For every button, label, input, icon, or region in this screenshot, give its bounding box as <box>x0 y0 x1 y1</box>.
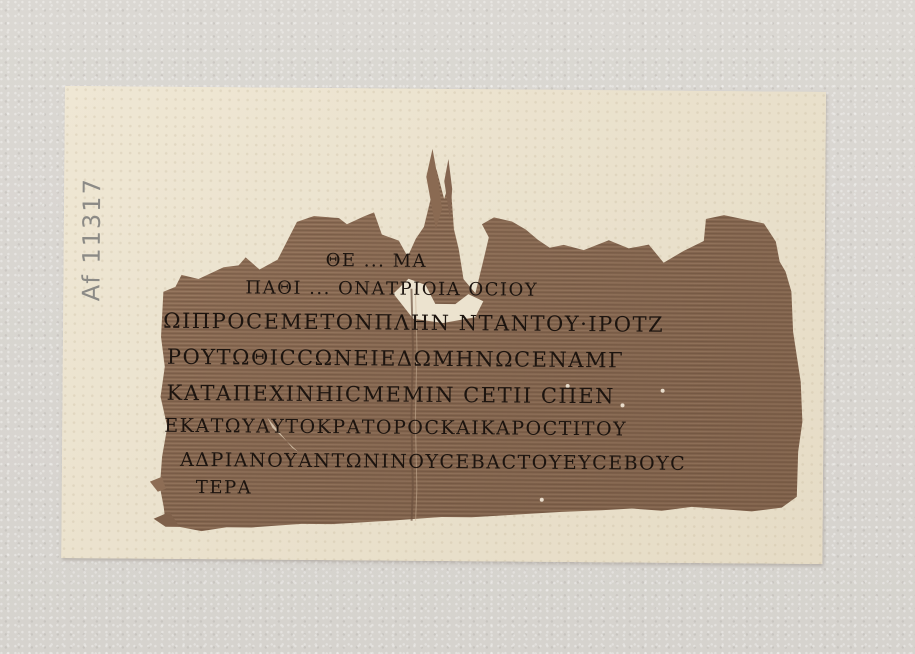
mounting-card: Af 11317 <box>61 86 826 564</box>
papyrus-line-5: ΚΑΤΑΠΕΧΙΝΗΙCΜΕΜΙΝ CΕΤΙΙ CΠΕΝ <box>166 381 615 409</box>
papyrus-line-3: ΩΙΠΡΟCΕΜΕΤΟΝΠΛΗΝ ΝΤΑΝΤΟΥ·ΙΡΟΤΖ <box>163 309 664 337</box>
papyrus-line-4: ΡΟΥΤΩΘΙCCΩΝΕΙΕΔΩΜΗΝΩCΕΝΑΜΓ <box>167 345 624 373</box>
papyrus-line-1: ΘΕ ... ΜΑ <box>326 250 428 272</box>
papyrus-line-8: ΤΕΡΑ <box>196 477 252 498</box>
papyrus-line-6: ΕΚΑΤΩΥΑΥΤΟΚΡΑΤΟΡΟCΚΑΙΚΑΡΟCΤΙΤΟΥ <box>164 415 627 441</box>
papyrus-line-2: ΠΑΘΙ ... ΟΝΑΤΡΙΟΙΑ ΟCΙΟΥ <box>245 277 538 300</box>
papyrus-line-7: ΑΔΡΙΑΝΟΥΑΝΤΩΝΙΝΟΥCΕΒΑCΤΟΥΕΥCΕΒΟΥC <box>180 449 686 475</box>
